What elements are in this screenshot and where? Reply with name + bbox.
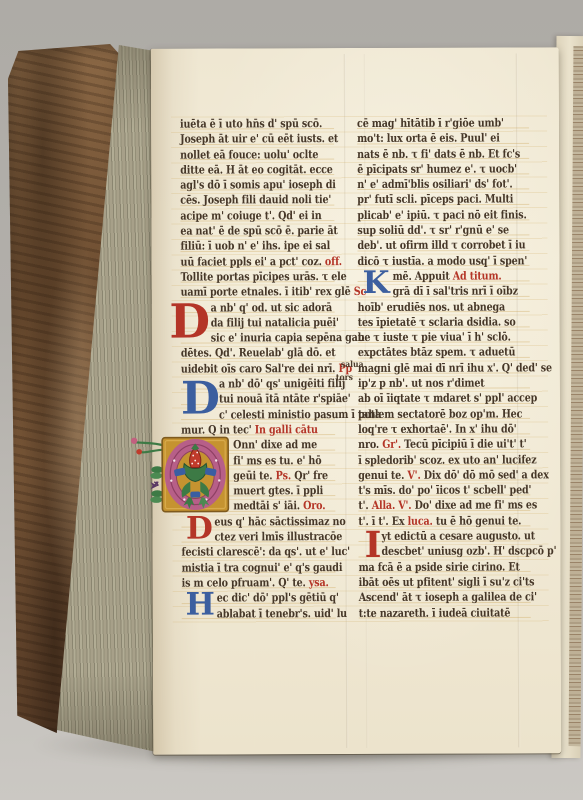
illuminated-initial: D (160, 438, 230, 515)
body-text: cēs. Joseph fili dauid noli tie' (180, 193, 331, 208)
text-line: nats ē nb. τ fi' dats ē nb. Et fc's (357, 146, 502, 162)
body-text: medtāi s' iāi. (233, 499, 303, 513)
body-text: Ascend' āt τ ioseph a galilea de ci' (359, 590, 537, 605)
text-line: muert gtes. ī ppli (233, 483, 319, 499)
text-line: c' celesti ministio pasum ī pota (219, 407, 316, 423)
text-line: filiū: ī uob n' e' ihs. ipe ei sal (180, 239, 309, 255)
text-line: medtāi s' iāi. Oro. (233, 499, 319, 515)
body-text: ctez veri lmīs illustracōe (214, 529, 342, 543)
body-text: eus q' hāc sāctissimaz no (214, 514, 345, 528)
text-line: t'. Alla. V'. Do' dixe ad me fi' ms es (358, 498, 503, 514)
initial-lines: Onn' dixe ad mefi' ms es tu. e' hōgeūi t… (233, 437, 335, 514)
body-text: a nb' dō' qs' unigēiti filij (219, 376, 345, 390)
rubric-text: luca. (408, 513, 436, 527)
body-text: yt edictū a cesare augusto. ut (381, 528, 535, 543)
initial-group: Deus q' hāc sāctissimaz noctez veri lmīs… (181, 514, 335, 545)
rubric-text: In galli cātu (255, 422, 318, 436)
text-line: tui nouā ītā ntāte r'spiāe' (219, 391, 316, 407)
body-text: ab oī īiqtate τ mdaret s' ppl' accep (358, 391, 537, 406)
body-text: filiū: ī uob n' e' ihs. ipe ei sal (180, 238, 330, 253)
text-line: sic e' inuria capia sepēna gau (211, 330, 315, 346)
body-text: mo't: lux orta ē eis. Puul' ei (357, 131, 500, 145)
body-text: ibāt oēs ut pfitent' sigli ī su'z ci'ts (359, 574, 535, 589)
body-text: is m celo pfruam'. Q' te. (182, 575, 309, 589)
text-line: fecisti clarescē': da qs'. ut e' luc' (182, 544, 311, 560)
decorated-initial-D: D (184, 514, 214, 545)
body-text: nollet eā fouce: uolu' oclte (180, 147, 318, 161)
initial-group: Hec dic' dō' ppl's gētiū q'ablabat ī ten… (182, 590, 336, 621)
text-line: mē. Appuit Ad titum. (393, 268, 508, 284)
body-text: iuēta ē ī uto hn̄s d' spū scō. (180, 116, 322, 130)
body-text: descbet' uniusg ozb'. H' dscpcō p' (382, 544, 557, 559)
text-line: ibāt oēs ut pfitent' sigli ī su'z ci'ts (359, 574, 504, 590)
body-text: hoīb' erudiēs nos. ut abnega (358, 299, 505, 314)
body-text: expctātes btāz spem. τ aduetū (358, 345, 515, 360)
text-line: deb'. ut ofirm illd τ corrobet ī iu (357, 238, 502, 254)
body-text: da filij tui natalicia puēi' (211, 315, 339, 329)
text-line: agl's dō ī somis apu' ioseph di (180, 177, 309, 193)
text-line: iuēta ē ī uto hn̄s d' spū scō. (180, 116, 309, 132)
body-text: uū faciet ppls ei' a pct' coz. (180, 254, 324, 269)
body-text: muert gtes. ī ppli (233, 483, 323, 497)
text-line: a nb' q' od. ut sic adorā (211, 300, 315, 316)
body-text: be τ iuste τ pie viua' ī h' sclō. (358, 330, 511, 345)
body-text: tablem sectatorē boz op'm. Hec (358, 406, 522, 421)
text-line: ea nat' ē de spū scō ē. parie āt (180, 223, 309, 239)
text-column-left: iuēta ē ī uto hn̄s d' spū scō.Joseph āt … (180, 116, 336, 621)
body-text: ea nat' ē de spū scō ē. parie āt (180, 223, 337, 238)
body-text: magni glē mai dī nrī ihu x'. Q' ded' se (358, 360, 552, 375)
text-line: dētes. Qd'. Reuelab' glā dō. et (181, 346, 310, 362)
text-line: mistia ī tra cognui' e' q's gaudi (182, 560, 311, 576)
body-text: ec dic' dō' ppl's gētiū q' (217, 590, 339, 604)
text-line: Tollite portas pīcipes urās. τ ele (181, 269, 310, 285)
rubric-text: ysa. (309, 575, 329, 589)
text-line: cēs. Joseph fili dauid noli tie' (180, 193, 309, 209)
body-text: fi' ms es tu. e' hō (233, 453, 321, 467)
body-text: plicab' e' ipiū. τ paci nō eit finis. (357, 207, 526, 222)
text-line: tes īpietatē τ sclaria dsidia. so (358, 314, 503, 330)
text-line: be τ iuste τ pie viua' ī h' sclō. (358, 330, 503, 346)
rubric-text: Gr'. (382, 437, 404, 451)
text-line: Ascend' āt τ ioseph a galilea de ci' (359, 590, 504, 606)
marginal-note: salua (341, 360, 364, 370)
body-text: dicō τ iustīa. a modo usq' ī spen' (357, 253, 527, 268)
decorated-initial-D: D (181, 377, 219, 423)
body-text: a nb' q' od. ut sic adorā (211, 300, 332, 314)
body-text: nats ē nb. τ fi' dats ē nb. Et fc's (357, 146, 520, 161)
text-line: geūi te. Ps. Qr' fre (233, 468, 319, 484)
decorated-initial-I: I (364, 529, 381, 560)
manuscript-page: iuēta ē ī uto hn̄s d' spū scō.Joseph āt … (151, 47, 561, 754)
body-text: ablabat ī tenebr's. uid' lu (217, 606, 347, 620)
text-line: pr' futī scli. pīceps paci. Multi (357, 192, 502, 208)
text-line: expctātes btāz spem. τ aduetū (358, 345, 503, 361)
initial-lines: ec dic' dō' ppl's gētiū q'ablabat ī tene… (217, 590, 336, 621)
text-line: t'. ī t'. Ex luca. tu ē hō genui te. (358, 513, 503, 529)
illuminated-initial-artwork (130, 432, 230, 516)
initial-group: Kmē. Appuit Ad titum.grā dī ī sal'tris n… (358, 268, 530, 299)
initial-lines: a nb' dō' qs' unigēiti filijtui nouā ītā… (219, 376, 335, 422)
text-line: loq're τ exhortaē'. In x' ihu dō' (358, 421, 503, 437)
body-text: mistia ī tra cognui' e' q's gaudi (182, 560, 343, 575)
text-line: ablabat ī tenebr's. uid' lu (217, 606, 317, 622)
body-text: t:te nazareth. ī iudeā ciuitatē (359, 605, 511, 620)
photo-background: iuēta ē ī uto hn̄s d' spū scō.Joseph āt … (0, 0, 583, 800)
body-text: Onn' dixe ad me (233, 437, 317, 451)
text-line: uamī porte etnales. ī itib' rex glē Sc' (181, 284, 310, 300)
body-text: t'. (358, 498, 371, 512)
text-line: tablem sectatorē boz op'm. Hec (358, 406, 503, 422)
body-text: fecisti clarescē': da qs'. ut e' luc' (182, 544, 350, 559)
body-text: uamī porte etnales. ī itib' rex glē (181, 284, 354, 299)
text-line: uidebit oīs caro Sal're dei nrī. Pp (181, 361, 310, 377)
text-line: ditte eā. H āt eo cogitāt. ecce (180, 162, 309, 178)
body-text: Do' dixe ad me fi' ms es (415, 498, 538, 512)
initial-lines: mē. Appuit Ad titum.grā dī ī sal'tris nr… (393, 268, 530, 299)
text-line: nollet eā fouce: uolu' oclte (180, 147, 309, 163)
fore-edge-texture (569, 46, 583, 746)
text-line: magni glē mai dī nrī ihu x'. Q' ded' se (358, 360, 503, 376)
body-text: n' e' admī'blis osiliari' ds' fot'. (357, 177, 512, 192)
text-line: dicō τ iustīa. a modo usq' ī spen' (357, 253, 502, 269)
text-line: mo't: lux orta ē eis. Puul' ei (357, 131, 502, 147)
decorated-initial-K: K (360, 269, 393, 300)
body-text: ip'z p nb'. ut nos r'dimet (358, 376, 485, 390)
body-text: Qr' fre (294, 468, 328, 482)
text-line: ē pīcipats sr' humez e'. τ uocb' (357, 161, 502, 177)
decorated-initial-D: D (169, 300, 211, 346)
text-line: hoīb' erudiēs nos. ut abnega (358, 299, 503, 315)
text-line: fi' ms es tu. e' hō (233, 453, 319, 469)
text-line: da filij tui natalicia puēi' (211, 315, 315, 331)
initial-group: Iyt edictū a cesare augusto. utdescbet' … (358, 528, 530, 559)
body-text: tes īpietatē τ sclaria dsidia. so (358, 314, 516, 329)
body-text: ma fcā ē a pside sirie cirino. Et (359, 559, 520, 574)
text-line: n' e' admī'blis osiliari' ds' fot'. (357, 177, 502, 193)
rubric-text: Ad titum. (453, 268, 502, 282)
text-line: ma fcā ē a pside sirie cirino. Et (359, 559, 504, 575)
body-text: deb'. ut ofirm illd τ corrobet ī iu (357, 238, 525, 253)
rubric-text: V'. (407, 468, 423, 482)
body-text: Joseph āt uir e' cū eēt iusts. et (180, 131, 338, 146)
body-text: sic e' inuria capia sepēna gau (211, 330, 365, 345)
body-text: uidebit oīs caro Sal're dei nrī. (181, 361, 339, 376)
rubric-text: Alla. V'. (372, 498, 415, 512)
text-line: cē mag' hītātib ī r'giōe umb' (357, 115, 502, 131)
text-line: ī spledorib' scoz. ex uto an' lucifez (358, 452, 503, 468)
text-line: t's mīs. do' po' īicos t' scbell' ped' (358, 483, 503, 499)
text-block: iuēta ē ī uto hn̄s d' spū scō.Joseph āt … (180, 115, 540, 116)
body-text: dētes. Qd'. Reuelab' glā dō. et (181, 346, 336, 361)
text-line: descbet' uniusg ozb'. H' dscpcō p' (382, 544, 507, 560)
initial-lines: a nb' q' od. ut sic adorāda filij tui na… (211, 300, 335, 346)
body-text: agl's dō ī somis apu' ioseph di (180, 177, 336, 192)
rubric-text: Ps. (276, 468, 295, 482)
body-text: Tollite portas pīcipes urās. τ ele (181, 269, 347, 284)
text-line: a nb' dō' qs' unigēiti filij (219, 376, 316, 392)
text-line: ab oī īiqtate τ mdaret s' ppl' accep (358, 391, 503, 407)
marginalia-layer: saluators (151, 47, 559, 48)
text-line: nro. Gr'. Tecū pīcipiū ī die ui't' t' (358, 437, 503, 453)
text-column-right: cē mag' hītātib ī r'giōe umb'mo't: lux o… (357, 115, 531, 620)
body-text: Dix dō' dō mō sed' a dex (424, 467, 549, 481)
body-text: sup soliū dd'. τ sr' r'gnū e' se (357, 223, 509, 238)
text-line: ec dic' dō' ppl's gētiū q' (217, 590, 317, 606)
body-text: genui te. (358, 468, 407, 482)
body-text: t'. ī t'. Ex (358, 514, 407, 528)
initial-group: Da nb' q' od. ut sic adorāda filij tui n… (181, 300, 335, 346)
body-text: ditte eā. H āt eo cogitāt. ecce (180, 162, 333, 177)
text-line: uū faciet ppls ei' a pct' coz. off. (180, 254, 309, 270)
text-line: genui te. V'. Dix dō' dō mō sed' a dex (358, 467, 503, 483)
text-line: t:te nazareth. ī iudeā ciuitatē (359, 605, 504, 621)
text-line: acipe m' coiuge t'. Qd' ei in (180, 208, 309, 224)
body-text: loq're τ exhortaē'. In x' ihu dō' (358, 421, 516, 436)
body-text: tui nouā ītā ntāte r'spiāe' (219, 391, 351, 405)
text-line: ip'z p nb'. ut nos r'dimet (358, 376, 503, 392)
initial-lines: eus q' hāc sāctissimaz noctez veri lmīs … (214, 514, 335, 545)
initial-group: DOnn' dixe ad mefi' ms es tu. e' hōgeūi … (181, 437, 335, 514)
marginal-note: tors (336, 373, 353, 383)
text-line: plicab' e' ipiū. τ paci nō eit finis. (357, 207, 502, 223)
text-line: is m celo pfruam'. Q' te. ysa. (182, 575, 311, 591)
body-text: t's mīs. do' po' īicos t' scbell' ped' (358, 483, 531, 498)
text-line: grā dī ī sal'tris nrī ī oībz (393, 284, 508, 300)
decorated-initial-H: H (184, 591, 217, 622)
body-text: ē pīcipats sr' humez e'. τ uocb' (357, 161, 517, 176)
body-text: acipe m' coiuge t'. Qd' ei in (180, 208, 321, 222)
body-text: c' celesti ministio pasum ī pota (219, 407, 381, 422)
body-text: grā dī ī sal'tris nrī ī oībz (393, 284, 518, 298)
body-text: geūi te. (233, 468, 275, 482)
text-line: yt edictū a cesare augusto. ut (381, 528, 506, 544)
body-text: nro. (358, 437, 382, 451)
body-text: Tecū pīcipiū ī die ui't' t' (404, 437, 526, 451)
body-text: pr' futī scli. pīceps paci. Multi (357, 192, 513, 207)
body-text: ī spledorib' scoz. ex uto an' lucifez (358, 452, 536, 467)
text-line: eus q' hāc sāctissimaz no (214, 514, 316, 530)
rubric-text: Oro. (303, 499, 325, 513)
initial-lines: yt edictū a cesare augusto. utdescbet' u… (381, 528, 530, 559)
text-line: Onn' dixe ad me (233, 437, 319, 453)
text-line: ctez veri lmīs illustracōe (214, 529, 316, 545)
rubric-text: off. (325, 254, 342, 268)
text-line: Joseph āt uir e' cū eēt iusts. et (180, 131, 309, 147)
text-line: sup soliū dd'. τ sr' r'gnū e' se (357, 223, 502, 239)
body-text: cē mag' hītātib ī r'giōe umb' (357, 115, 504, 130)
initial-group: Da nb' dō' qs' unigēiti filijtui nouā īt… (181, 376, 335, 422)
body-text: tu ē hō genui te. (436, 513, 521, 527)
body-text: mē. Appuit (393, 269, 453, 283)
